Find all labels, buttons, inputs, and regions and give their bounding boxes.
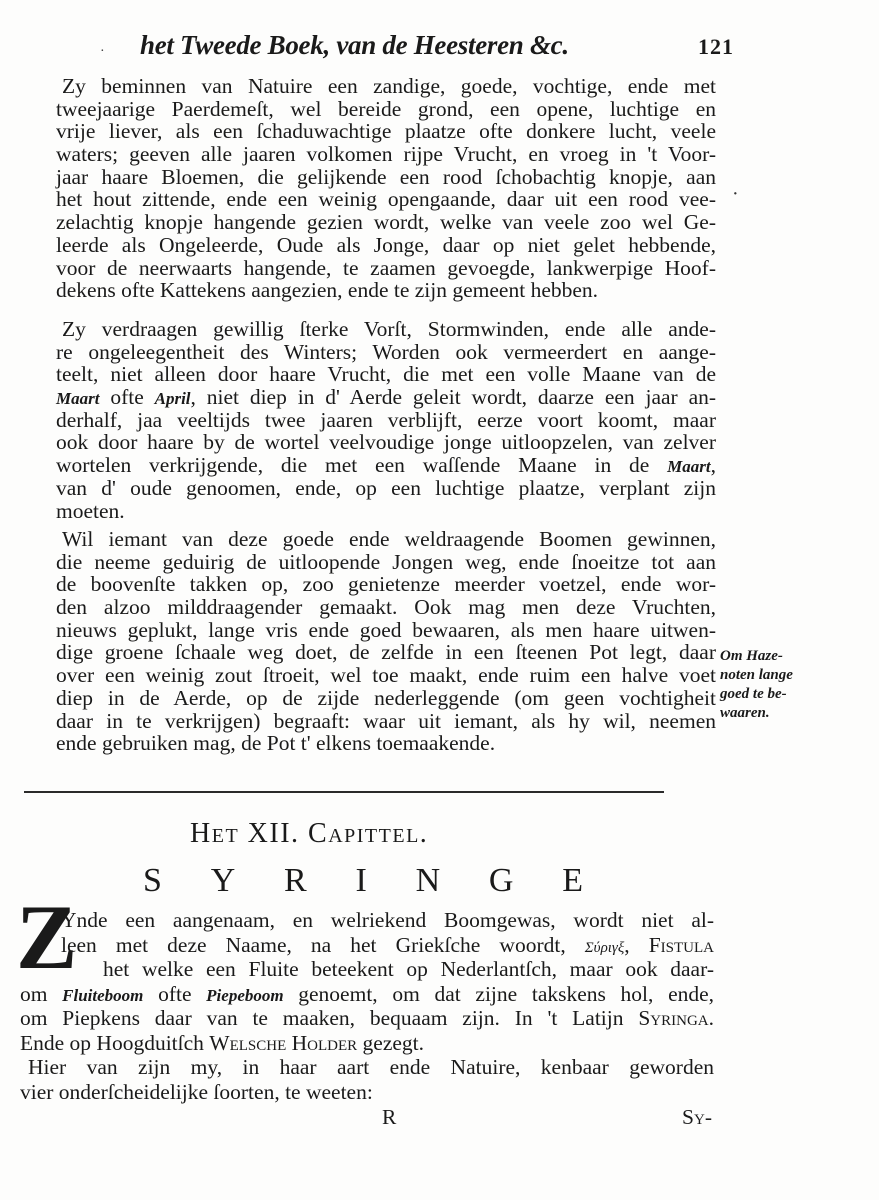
text-line: vrije liever, als een ſchaduwachtige pla… [56, 120, 716, 143]
running-head: het Tweede Boek, van de Heesteren &c. 12… [140, 30, 720, 70]
text-line: den alzoo milddraagender gemaakt. Ook ma… [56, 596, 716, 619]
ink-speck: · [732, 183, 739, 206]
text-line: nieuws geplukt, lange vris ende goed bew… [56, 619, 716, 642]
text-line: het welke een Fluite beteekent op Nederl… [20, 957, 714, 982]
ink-speck: · [100, 44, 105, 60]
text-line: Zy verdraagen gewillig ſterke Vorſt, Sto… [56, 318, 716, 341]
text-line: wortelen verkrijgende, die met een waſſe… [56, 454, 716, 477]
text-line: moeten. [56, 500, 716, 523]
text-line: waters; geeven alle jaaren volkomen rijp… [56, 143, 716, 166]
margin-note: Om Haze- noten lange goed te be- waaren. [720, 647, 830, 723]
text-line: Wil iemant van deze goede ende weldraage… [56, 528, 716, 551]
text-line: ende gebruiken mag, de Pot t' elkens toe… [56, 732, 716, 755]
paragraph-2: Zy verdraagen gewillig ſterke Vorſt, Sto… [56, 318, 716, 522]
text-line: om Piepkens daar van te maaken, bequaam … [20, 1006, 714, 1031]
text-line: van d' oude genoomen, ende, op een lucht… [56, 477, 716, 500]
chapter-heading: Het XII. Capittel. [190, 818, 428, 850]
italic-month: Maart [56, 389, 99, 408]
catchword: Sy- [682, 1105, 712, 1130]
text-line: diep in de Aerde, op de zijde nederlegge… [56, 687, 716, 710]
greek-word: Σύριγξ [585, 940, 625, 956]
text-line: dekens ofte Kattekens aangezien, ende te… [56, 279, 716, 302]
running-title: het Tweede Boek, van de Heesteren &c. [140, 30, 569, 61]
italic-month: April [155, 389, 191, 408]
text-line: over een weinig zout ſtroeit, wel toe ma… [56, 664, 716, 687]
paragraph-4: Ynde een aangenaam, en welriekend Boomge… [20, 908, 714, 1055]
text-line: derhalf, jaa veeltijds twee jaaren verbl… [56, 409, 716, 432]
text-line: Ynde een aangenaam, en welriekend Boomge… [20, 908, 714, 933]
book-page: het Tweede Boek, van de Heesteren &c. 12… [0, 0, 879, 1200]
section-divider [24, 791, 664, 793]
text-line: zelachtig knopje hangende gezien wordt, … [56, 211, 716, 234]
text-line: Maart ofte April, niet diep in d' Aerde … [56, 386, 716, 409]
paragraph-1: Zy beminnen van Natuire een zandige, goe… [56, 75, 716, 302]
page-footer: R Sy- [20, 1105, 714, 1131]
text-line: jaar haare Bloemen, die gelijkende een r… [56, 166, 716, 189]
chapter-title: S Y R I N G E [143, 862, 583, 900]
text-line: daar in te verkrijgen) begraaft: waar ui… [56, 710, 716, 733]
text-line: Hier van zijn my, in haar aart ende Natu… [20, 1055, 714, 1080]
text-line: teelt, niet alleen door haare Vrucht, di… [56, 363, 716, 386]
italic-month: Maart [667, 457, 710, 476]
paragraph-5: Hier van zijn my, in haar aart ende Natu… [20, 1055, 714, 1104]
paragraph-3: Wil iemant van deze goede ende weldraage… [56, 528, 716, 755]
text-line: Zy beminnen van Natuire een zandige, goe… [56, 75, 716, 98]
page-number: 121 [698, 34, 734, 60]
text-line: re ongeleegentheit des Winters; Worden o… [56, 341, 716, 364]
text-line: om Fluiteboom ofte Piepeboom genoemt, om… [20, 982, 714, 1007]
text-line: dige groene ſchaale weg doet, de zelfde … [56, 641, 716, 664]
text-line: vier onderſcheidelijke ſoorten, te weete… [20, 1080, 714, 1105]
text-line: leen met deze Naame, na het Griekſche wo… [20, 933, 714, 958]
text-line: de boovenſte takken op, zoo genietenze m… [56, 573, 716, 596]
text-line: het hout zittende, ende een weinig openg… [56, 188, 716, 211]
text-line: tweejaarige Paerdemeſt, wel bereide gron… [56, 98, 716, 121]
signature-mark: R [382, 1105, 396, 1130]
text-line: ook door haare by de wortel veelvoudige … [56, 431, 716, 454]
text-line: leerde als Ongeleerde, Oude als Jonge, d… [56, 234, 716, 257]
text-line: Ende op Hoogduitſch Welsche Holder gezeg… [20, 1031, 714, 1056]
text-line: die neeme geduirig de uitloopende Jongen… [56, 551, 716, 574]
text-line: voor de neerwaarts hangende, te zaamen g… [56, 257, 716, 280]
